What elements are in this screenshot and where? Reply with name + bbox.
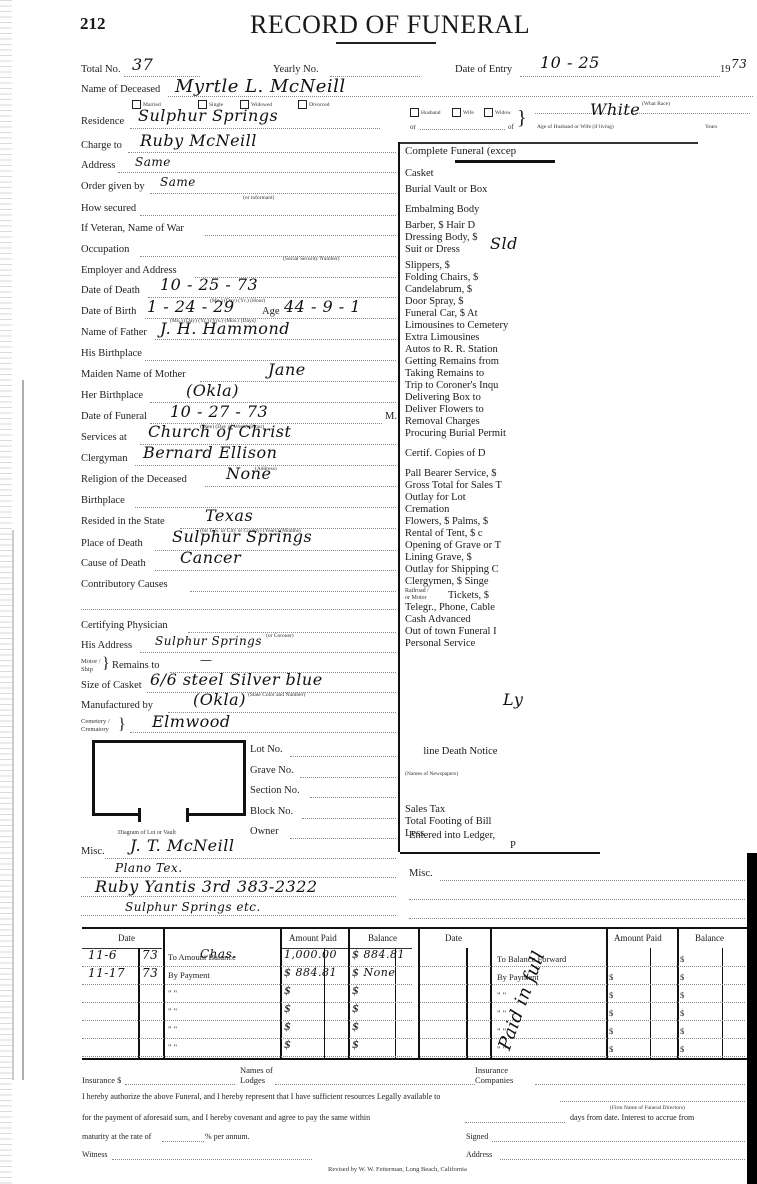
- ledger-balance: $: [680, 1044, 684, 1054]
- dotted-line: [205, 486, 396, 487]
- diagram-leg: [138, 808, 141, 822]
- dotted-line: [535, 113, 750, 114]
- informant-note: (or informant): [243, 195, 274, 201]
- address-value[interactable]: Same: [135, 155, 171, 169]
- ledger-balance[interactable]: $: [352, 1002, 360, 1015]
- charge-item: Cremation: [405, 504, 449, 515]
- his-birthplace-label: His Birthplace: [81, 348, 142, 359]
- ledger-left-balance-header: Balance: [368, 933, 397, 943]
- ledger-year[interactable]: 73: [142, 948, 158, 962]
- scan-edge-line: [12, 530, 14, 1080]
- cemetery-crematory-label: Cemetery / Crematory: [81, 718, 123, 734]
- dotted-line: [409, 899, 745, 900]
- brace: }: [102, 655, 110, 673]
- misc-line-4[interactable]: Sulphur Springs etc.: [125, 900, 261, 914]
- charge-item: Limousines to Cemetery: [405, 320, 508, 331]
- checkbox-divorced[interactable]: Divorced: [298, 100, 329, 109]
- residence-label: Residence: [81, 116, 124, 127]
- ledger-date[interactable]: 11-17: [88, 966, 125, 980]
- physician-address-value[interactable]: Sulphur Springs: [155, 634, 262, 648]
- place-of-death-label: Place of Death: [81, 538, 143, 549]
- ledger-amount-paid: $: [609, 972, 613, 982]
- ledger-left-date-header: Date: [118, 933, 135, 943]
- address-line[interactable]: [500, 1159, 745, 1160]
- misc-line-2[interactable]: Plano Tex.: [115, 861, 183, 875]
- signature-line[interactable]: [492, 1141, 745, 1142]
- casket-size-value[interactable]: 6/6 steel Silver blue: [150, 670, 323, 689]
- ledger-right-balance-header: Balance: [695, 933, 724, 943]
- dotted-line: [135, 507, 396, 508]
- total-no-value[interactable]: 37: [132, 55, 153, 74]
- newspapers-note: (Names of Newspapers): [405, 771, 458, 777]
- insurance-label: Insurance $: [82, 1075, 121, 1085]
- charge-item: Lining Grave, $: [405, 552, 472, 563]
- address-label: Address: [81, 160, 115, 171]
- insurance-companies-label: Insurance Companies: [475, 1065, 535, 1085]
- charge-item: Casket: [405, 168, 434, 179]
- year-prefix: 19: [720, 64, 731, 75]
- railroad-motor-label: Railroad / or Motor: [405, 588, 435, 602]
- charge-item: Dressing Body, $: [405, 232, 478, 243]
- ledger-description: " ": [168, 988, 177, 998]
- suit-value[interactable]: Sld: [490, 234, 518, 253]
- dotted-line: [440, 880, 745, 881]
- of-label: of: [508, 123, 514, 131]
- page-number: 212: [80, 14, 106, 34]
- column-rule: [650, 948, 651, 1058]
- physician-address-label: His Address: [81, 640, 132, 651]
- date-of-entry-value[interactable]: 10 - 25: [540, 53, 600, 72]
- mother-maiden-value[interactable]: Jane: [268, 360, 306, 379]
- divider: [400, 852, 600, 854]
- dotted-line: [290, 756, 396, 757]
- cause-of-death-label: Cause of Death: [81, 558, 146, 569]
- contributory-causes-label: Contributory Causes: [81, 579, 168, 590]
- lot-no-label: Lot No.: [250, 744, 283, 755]
- ledger-bottom-rule: [82, 1058, 747, 1060]
- page-title: RECORD OF FUNERAL: [250, 10, 530, 40]
- ledger-left-amount-header: Amount Paid: [289, 933, 337, 943]
- ledger-balance[interactable]: $ 884.81: [352, 948, 405, 961]
- ledger-amount-paid[interactable]: $: [284, 1002, 292, 1015]
- charge-item: Autos to R. R. Station: [405, 344, 498, 355]
- checkbox-wife[interactable]: Wife: [452, 108, 474, 117]
- meridian-label: M.: [385, 411, 397, 422]
- charge-item: Slippers, $: [405, 260, 450, 271]
- dotted-line: [420, 1038, 745, 1039]
- casket-color-note: (State Color and Number): [248, 692, 305, 698]
- dotted-line: [300, 777, 396, 778]
- dotted-line: [150, 193, 396, 194]
- footer-address-label: Address: [466, 1150, 492, 1159]
- column-rule: [466, 948, 468, 1058]
- dotted-line: [420, 1002, 745, 1003]
- certifying-physician-label: Certifying Physician: [81, 620, 168, 631]
- charge-item: Funeral Car, $ At: [405, 308, 478, 319]
- occupation-label: Occupation: [81, 244, 129, 255]
- entered-ledger-label: Entered into Ledger,: [409, 830, 495, 841]
- dotted-line: [520, 76, 720, 77]
- authorize-text: I hereby authorize the above Funeral, an…: [82, 1092, 440, 1101]
- resided-state-value[interactable]: Texas: [205, 506, 253, 525]
- dotted-line: [81, 896, 396, 897]
- days-text: days from date. Interest to accrue from: [570, 1113, 694, 1122]
- charge-item: Certif. Copies of D: [405, 448, 486, 459]
- title-underline: [336, 42, 436, 44]
- veteran-war-label: If Veteran, Name of War: [81, 223, 184, 234]
- charge-item: Flowers, $ Palms, $: [405, 516, 488, 527]
- age-value[interactable]: 44 - 9 - 1: [284, 297, 361, 316]
- misc-line-1[interactable]: J. T. McNeill: [130, 836, 235, 855]
- year-value[interactable]: 73: [731, 57, 747, 71]
- ledger-amount-paid: $: [609, 1026, 613, 1036]
- misc-right-label: Misc.: [409, 868, 433, 879]
- residence-value[interactable]: Sulphur Springs: [138, 106, 278, 125]
- services-at-label: Services at: [81, 432, 127, 443]
- date-of-birth-value[interactable]: 1 - 24 - 29: [147, 297, 235, 316]
- lodges-label: Names of Lodges: [240, 1065, 290, 1085]
- charge-item: Procuring Burial Permit: [405, 428, 506, 439]
- checkbox-widow[interactable]: Widow: [484, 108, 511, 117]
- dotted-line: [420, 966, 745, 967]
- column-rule: [722, 948, 723, 1058]
- section-no-label: Section No.: [250, 785, 300, 796]
- charge-item: Telegr., Phone, Cable: [405, 602, 495, 613]
- ledger-balance: $: [680, 972, 684, 982]
- column-rule: [324, 948, 325, 1058]
- cemetery-value[interactable]: Elmwood: [152, 712, 231, 731]
- or-label: or: [410, 123, 416, 131]
- birthplace-label: Birthplace: [81, 495, 125, 506]
- years-label: Years: [705, 124, 717, 130]
- death-notice-label: line Death Notice: [405, 746, 497, 757]
- casket-size-label: Size of Casket: [81, 680, 142, 691]
- dotted-line: [409, 918, 745, 919]
- dotted-line: [420, 1056, 745, 1057]
- dotted-line: [275, 1084, 475, 1085]
- total-footing-label: Total Footing of Bill: [405, 816, 491, 827]
- charge-item: Barber, $ Hair D: [405, 220, 475, 231]
- total-no-label: Total No.: [81, 64, 121, 75]
- brace: }: [118, 716, 126, 734]
- dotted-line: [82, 1038, 412, 1039]
- order-given-by-label: Order given by: [81, 181, 145, 192]
- manufactured-by-label: Manufactured by: [81, 700, 153, 711]
- charge-item: Tickets, $: [448, 590, 489, 601]
- dotted-line: [155, 570, 396, 571]
- maturity-text: maturity at the rate of: [82, 1132, 151, 1141]
- her-birthplace-value[interactable]: (Okla): [186, 381, 239, 400]
- charge-item: Pall Bearer Service, $: [405, 468, 497, 479]
- ledger-balance: $: [680, 954, 684, 964]
- ledger-amount-paid: $: [609, 1044, 613, 1054]
- dotted-line: [162, 1141, 204, 1142]
- charge-item: Removal Charges: [405, 416, 480, 427]
- charge-item: Burial Vault or Box: [405, 184, 487, 195]
- race-value[interactable]: White: [590, 100, 640, 119]
- charge-item: Suit or Dress: [405, 244, 460, 255]
- name-of-deceased-label: Name of Deceased: [81, 84, 160, 95]
- charge-to-value[interactable]: Ruby McNeill: [140, 131, 257, 150]
- charge-item: Deliver Flowers to: [405, 404, 484, 415]
- dotted-line: [118, 172, 396, 173]
- services-at-value[interactable]: Church of Christ: [148, 422, 291, 441]
- place-of-death-value[interactable]: Sulphur Springs: [172, 527, 312, 546]
- charge-item: Rental of Tent, $ c: [405, 528, 483, 539]
- ledger-amount-paid[interactable]: $: [284, 1038, 292, 1051]
- dotted-line: [130, 128, 380, 129]
- age-label: Age: [262, 306, 280, 317]
- dotted-line: [420, 129, 505, 130]
- charge-item: Trip to Coroner's Inqu: [405, 380, 498, 391]
- mother-maiden-label: Maiden Name of Mother: [81, 369, 186, 380]
- ledger-balance[interactable]: $: [352, 1038, 360, 1051]
- clergyman-label: Clergyman: [81, 453, 127, 464]
- religion-label: Religion of the Deceased: [81, 474, 187, 485]
- remains-to-value[interactable]: —: [200, 653, 213, 667]
- charge-item: Door Spray, $: [405, 296, 464, 307]
- payment-text: for the payment of aforesaid sum, and I …: [82, 1113, 370, 1122]
- ledger-amount-paid[interactable]: $: [284, 984, 292, 997]
- ledger-balance[interactable]: $: [352, 1020, 360, 1033]
- dotted-line: [82, 984, 412, 985]
- percent-text: % per annum.: [205, 1132, 250, 1141]
- charge-item: Clergymen, $ Singe: [405, 576, 489, 587]
- charge-item: Delivering Box to: [405, 392, 481, 403]
- dotted-line: [155, 339, 396, 340]
- scan-edge-artifact: [0, 0, 12, 1184]
- sales-tax-label: Sales Tax: [405, 804, 445, 815]
- charge-item: Outlay for Shipping C: [405, 564, 499, 575]
- date-of-funeral-value[interactable]: 10 - 27 - 73: [170, 402, 268, 421]
- ledger-balance: $: [680, 1008, 684, 1018]
- dotted-line: [140, 652, 396, 653]
- block-no-label: Block No.: [250, 806, 293, 817]
- column-rule: [138, 948, 140, 1058]
- diagram-leg: [186, 808, 189, 822]
- charge-item: Opening of Grave or T: [405, 540, 501, 551]
- charge-item: Personal Service: [405, 638, 475, 649]
- dotted-line: [128, 152, 396, 153]
- ledger-description: " ": [168, 1024, 177, 1034]
- ledger-right-amount-header: Amount Paid: [614, 933, 662, 943]
- lot-diagram-box: [92, 740, 246, 816]
- charges-section: Complete Funeral (excep Sld Ly line Deat…: [398, 142, 757, 852]
- dotted-line: [140, 256, 396, 257]
- scan-border-artifact: [747, 853, 757, 1184]
- date-of-entry-label: Date of Entry: [455, 64, 512, 75]
- dotted-line: [140, 215, 396, 216]
- charge-item: Folding Chairs, $: [405, 272, 478, 283]
- ledger-right-date-header: Date: [445, 933, 462, 943]
- charge-item: Candelabrum, $: [405, 284, 472, 295]
- cause-of-death-value[interactable]: Cancer: [180, 548, 241, 567]
- ssn-note: (Social Security Number): [283, 256, 340, 262]
- name-of-deceased-value[interactable]: Myrtle L. McNeill: [175, 76, 346, 97]
- ledger-description: " ": [168, 1006, 177, 1016]
- ledger-description: " ": [168, 1042, 177, 1052]
- dotted-line: [465, 1122, 565, 1123]
- dotted-line: [82, 1020, 412, 1021]
- charge-item: Cash Advanced: [405, 614, 471, 625]
- charge-item: Outlay for Lot: [405, 492, 466, 503]
- ledger-balance[interactable]: $: [352, 984, 360, 997]
- ledger-amount-paid[interactable]: $ 884.81: [284, 966, 337, 979]
- scan-edge-line: [22, 380, 24, 1080]
- coroner-note: (or Coroner): [266, 633, 294, 639]
- father-name-label: Name of Father: [81, 327, 147, 338]
- owner-label: Owner: [250, 826, 279, 837]
- charge-to-label: Charge to: [81, 140, 122, 151]
- dotted-line: [125, 1084, 235, 1085]
- dotted-line: [535, 1084, 745, 1085]
- dotted-line: [420, 1020, 745, 1021]
- charge-item: Out of town Funeral I: [405, 626, 497, 637]
- father-name-value[interactable]: J. H. Hammond: [160, 319, 290, 338]
- charge-item: Taking Remains to: [405, 368, 484, 379]
- ledger-amount-paid[interactable]: 1,000.00: [284, 948, 337, 961]
- date-of-death-label: Date of Death: [81, 285, 140, 296]
- dotted-line: [302, 818, 396, 819]
- witness-line[interactable]: [112, 1159, 312, 1160]
- ledger-balance: $: [680, 990, 684, 1000]
- charge-item: Embalming Body: [405, 204, 479, 215]
- firm-name-note: (Firm Name of Funeral Directors): [610, 1105, 685, 1111]
- her-birthplace-label: Her Birthplace: [81, 390, 143, 401]
- dotted-line: [81, 609, 396, 610]
- misc-line-3[interactable]: Ruby Yantis 3rd 383-2322: [95, 877, 318, 896]
- yearly-no-label: Yearly No.: [273, 64, 319, 75]
- dotted-line: [310, 797, 396, 798]
- signed-label: Signed: [466, 1132, 488, 1141]
- ledger-amount-paid[interactable]: $: [284, 1020, 292, 1033]
- ledger-balance[interactable]: $ None: [352, 966, 395, 979]
- date-of-funeral-label: Date of Funeral: [81, 411, 147, 422]
- motor-ship-label: Motor / Ship: [81, 658, 103, 674]
- date-of-death-value[interactable]: 10 - 25 - 73: [160, 275, 258, 294]
- dotted-line: [190, 591, 396, 592]
- age-of-spouse-label: Age of Husband or Wife (if living): [537, 124, 614, 130]
- ledger-top-rule: [82, 927, 747, 929]
- column-rule: [395, 948, 396, 1058]
- manufactured-by-value[interactable]: (Okla): [193, 690, 246, 709]
- charge-item: Getting Remains from: [405, 356, 499, 367]
- heading-underline: [455, 160, 555, 163]
- p-label: P: [510, 840, 516, 851]
- dotted-line: [81, 915, 396, 916]
- date-of-birth-label: Date of Birth: [81, 306, 136, 317]
- revised-by-credit: Revised by W. W. Fetterman, Long Beach, …: [328, 1166, 467, 1173]
- dotted-line: [82, 1056, 412, 1057]
- checkbox-husband[interactable]: Husband: [410, 108, 441, 117]
- charge-item: Extra Limousines: [405, 332, 479, 343]
- dotted-line: [560, 1101, 745, 1102]
- charges-heading: Complete Funeral (excep: [405, 145, 516, 157]
- ledger-year[interactable]: 73: [142, 966, 158, 980]
- dotted-line: [290, 838, 396, 839]
- dotted-line: [205, 235, 396, 236]
- race-label: (What Race): [642, 101, 670, 107]
- clergyman-value[interactable]: Bernard Ellison: [143, 443, 277, 462]
- dotted-line: [420, 984, 745, 985]
- ledger-date[interactable]: 11-6: [88, 948, 117, 962]
- dotted-line: [130, 732, 396, 733]
- ledger-description-handwritten[interactable]: Chas.: [200, 947, 237, 961]
- ledger-balance: $: [680, 1026, 684, 1036]
- diagram-opening: [140, 808, 188, 816]
- witness-label: Witness: [82, 1150, 107, 1159]
- brace: }: [517, 108, 527, 128]
- charge-item: Gross Total for Sales T: [405, 480, 502, 491]
- misc-label: Misc.: [81, 846, 105, 857]
- personal-service-value[interactable]: Ly: [503, 690, 523, 709]
- ledger-description: " ": [497, 990, 506, 1000]
- ledger-description: By Payment: [168, 970, 210, 980]
- ledger-amount-paid: $: [609, 990, 613, 1000]
- order-given-by-value[interactable]: Same: [160, 175, 196, 189]
- dotted-line: [82, 1002, 412, 1003]
- ledger-amount-paid: $: [609, 1008, 613, 1018]
- dotted-line: [105, 858, 396, 859]
- grave-no-label: Grave No.: [250, 765, 294, 776]
- how-secured-label: How secured: [81, 203, 136, 214]
- resided-state-label: Resided in the State: [81, 516, 165, 527]
- religion-value[interactable]: None: [226, 464, 271, 483]
